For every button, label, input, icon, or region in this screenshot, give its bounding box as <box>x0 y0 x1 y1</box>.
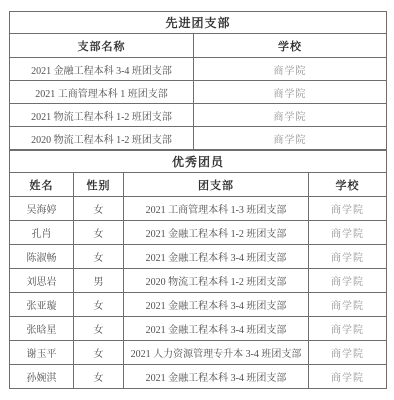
table-row: 张亚璇女2021 金融工程本科 3-4 班团支部商学院 <box>10 293 387 317</box>
cell-name: 孙婉淇 <box>10 365 74 389</box>
cell-branch: 2020 物流工程本科 1-2 班团支部 <box>124 269 309 293</box>
cell-name: 吴海婷 <box>10 197 74 221</box>
advanced-branches-table: 先进团支部 支部名称 学校 2021 金融工程本科 3-4 班团支部商学院202… <box>9 11 387 150</box>
header-league-branch: 团支部 <box>124 173 309 197</box>
cell-branch: 2021 工商管理本科 1-3 班团支部 <box>124 197 309 221</box>
cell-school: 商学院 <box>309 317 387 341</box>
cell-school: 商学院 <box>309 293 387 317</box>
cell-name: 谢玉平 <box>10 341 74 365</box>
cell-branch: 2021 金融工程本科 3-4 班团支部 <box>10 58 194 81</box>
header-branch-name: 支部名称 <box>10 34 194 58</box>
header-school: 学校 <box>194 34 387 58</box>
advanced-table-title: 先进团支部 <box>10 12 387 34</box>
header-school: 学校 <box>309 173 387 197</box>
table-row: 2020 物流工程本科 1-2 班团支部商学院 <box>10 127 387 150</box>
cell-gender: 女 <box>74 221 124 245</box>
cell-branch: 2021 金融工程本科 3-4 班团支部 <box>124 317 309 341</box>
cell-school: 商学院 <box>194 127 387 150</box>
cell-branch: 2020 物流工程本科 1-2 班团支部 <box>10 127 194 150</box>
cell-gender: 女 <box>74 245 124 269</box>
cell-name: 孔肖 <box>10 221 74 245</box>
table-row: 谢玉平女2021 人力资源管理专升本 3-4 班团支部商学院 <box>10 341 387 365</box>
table-row: 吴海婷女2021 工商管理本科 1-3 班团支部商学院 <box>10 197 387 221</box>
table-row: 刘思岩男2020 物流工程本科 1-2 班团支部商学院 <box>10 269 387 293</box>
outstanding-table-title: 优秀团员 <box>10 151 387 173</box>
table-row: 先进团支部 <box>10 12 387 34</box>
cell-branch: 2021 物流工程本科 1-2 班团支部 <box>10 104 194 127</box>
cell-school: 商学院 <box>309 365 387 389</box>
outstanding-members-table: 优秀团员 姓名 性别 团支部 学校 吴海婷女2021 工商管理本科 1-3 班团… <box>9 150 387 389</box>
header-gender: 性别 <box>74 173 124 197</box>
cell-school: 商学院 <box>309 245 387 269</box>
cell-school: 商学院 <box>309 197 387 221</box>
cell-school: 商学院 <box>309 341 387 365</box>
cell-branch: 2021 金融工程本科 3-4 班团支部 <box>124 365 309 389</box>
table-row: 孙婉淇女2021 金融工程本科 3-4 班团支部商学院 <box>10 365 387 389</box>
table-row: 孔肖女2021 金融工程本科 1-2 班团支部商学院 <box>10 221 387 245</box>
commendation-sheet: 先进团支部 支部名称 学校 2021 金融工程本科 3-4 班团支部商学院202… <box>9 11 386 389</box>
cell-gender: 女 <box>74 293 124 317</box>
header-name: 姓名 <box>10 173 74 197</box>
cell-school: 商学院 <box>194 58 387 81</box>
cell-gender: 女 <box>74 365 124 389</box>
table-row: 陈淑畅女2021 金融工程本科 3-4 班团支部商学院 <box>10 245 387 269</box>
table-row: 张晗星女2021 金融工程本科 3-4 班团支部商学院 <box>10 317 387 341</box>
cell-school: 商学院 <box>194 104 387 127</box>
table-row: 优秀团员 <box>10 151 387 173</box>
cell-name: 刘思岩 <box>10 269 74 293</box>
cell-branch: 2021 金融工程本科 1-2 班团支部 <box>124 221 309 245</box>
cell-gender: 男 <box>74 269 124 293</box>
cell-branch: 2021 人力资源管理专升本 3-4 班团支部 <box>124 341 309 365</box>
table-row: 2021 工商管理本科 1 班团支部商学院 <box>10 81 387 104</box>
table-row: 2021 金融工程本科 3-4 班团支部商学院 <box>10 58 387 81</box>
cell-branch: 2021 金融工程本科 3-4 班团支部 <box>124 245 309 269</box>
cell-branch: 2021 金融工程本科 3-4 班团支部 <box>124 293 309 317</box>
table-row: 姓名 性别 团支部 学校 <box>10 173 387 197</box>
cell-school: 商学院 <box>309 269 387 293</box>
cell-school: 商学院 <box>194 81 387 104</box>
table-row: 支部名称 学校 <box>10 34 387 58</box>
cell-gender: 女 <box>74 341 124 365</box>
cell-name: 张亚璇 <box>10 293 74 317</box>
cell-name: 张晗星 <box>10 317 74 341</box>
cell-branch: 2021 工商管理本科 1 班团支部 <box>10 81 194 104</box>
cell-school: 商学院 <box>309 221 387 245</box>
cell-gender: 女 <box>74 317 124 341</box>
cell-gender: 女 <box>74 197 124 221</box>
cell-name: 陈淑畅 <box>10 245 74 269</box>
table-row: 2021 物流工程本科 1-2 班团支部商学院 <box>10 104 387 127</box>
